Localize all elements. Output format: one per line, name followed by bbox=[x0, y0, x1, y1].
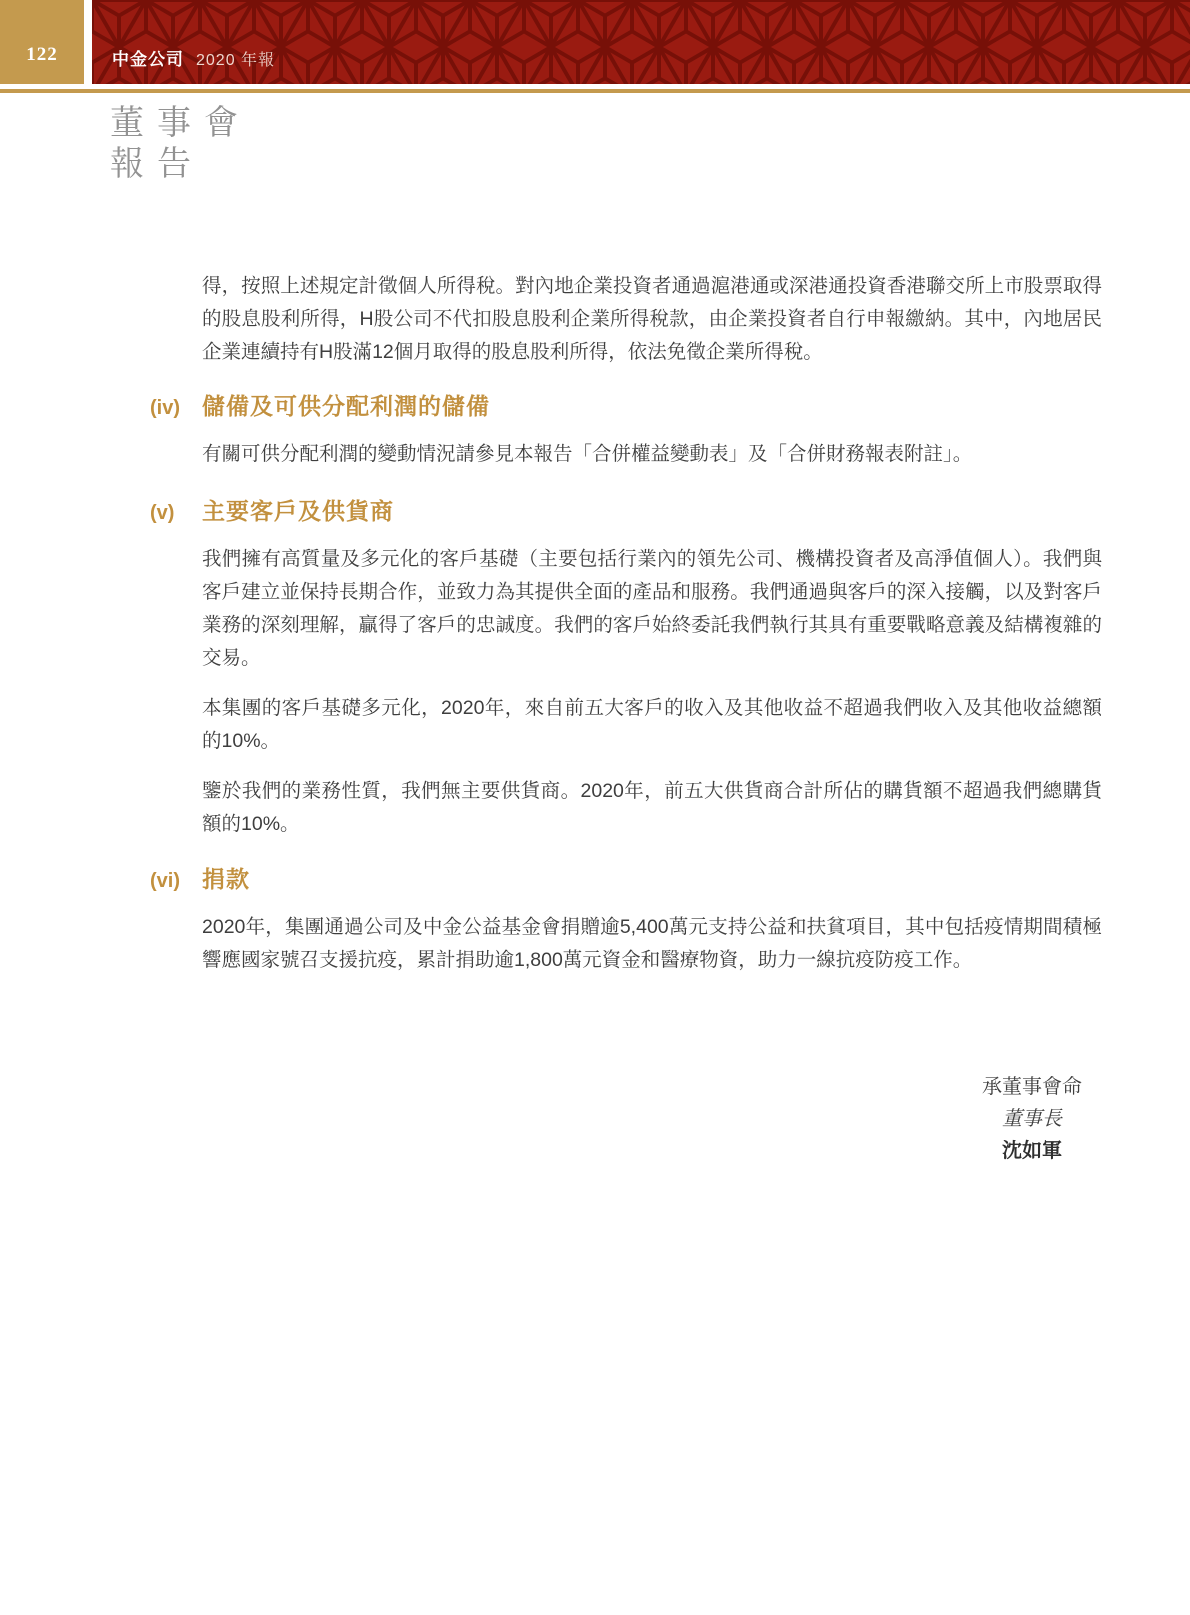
page-number-block: 122 bbox=[0, 0, 84, 84]
signature-block: 承董事會命 董事長 沈如軍 bbox=[962, 1071, 1102, 1167]
intro-paragraph: 得，按照上述規定計徵個人所得稅。對內地企業投資者通過滬港通或深港通投資香港聯交所… bbox=[202, 270, 1102, 369]
annual-report-page: 122 bbox=[0, 0, 1190, 1615]
signature-name: 沈如軍 bbox=[962, 1135, 1102, 1167]
header-caption: 中金公司 2020 年報 bbox=[112, 45, 275, 70]
company-name: 中金公司 bbox=[112, 45, 184, 70]
section-heading-donations: (vi) 捐款 bbox=[202, 864, 1102, 894]
page-header: 122 bbox=[0, 0, 1190, 84]
section-label-vi: (vi) bbox=[150, 866, 180, 896]
section-heading-text: 儲備及可供分配利潤的儲備 bbox=[202, 393, 490, 419]
section-label-v: (v) bbox=[150, 498, 174, 528]
section-heading-customers-suppliers: (v) 主要客戶及供貨商 bbox=[202, 496, 1102, 526]
header-divider bbox=[0, 89, 1190, 93]
report-title: 董事會 報告 bbox=[110, 103, 251, 185]
report-title-line-1: 董事會 bbox=[110, 103, 251, 144]
signature-capacity: 董事長 bbox=[962, 1103, 1102, 1135]
section-heading-reserves: (iv) 儲備及可供分配利潤的儲備 bbox=[202, 391, 1102, 421]
page-number: 122 bbox=[26, 44, 58, 66]
content-column: 得，按照上述規定計徵個人所得稅。對內地企業投資者通過滬港通或深港通投資香港聯交所… bbox=[202, 270, 1102, 1167]
section-label-iv: (iv) bbox=[150, 393, 180, 423]
report-edition: 2020 年報 bbox=[196, 47, 275, 70]
paragraph-customers-1: 我們擁有高質量及多元化的客戶基礎（主要包括行業內的領先公司、機構投資者及高淨值個… bbox=[202, 543, 1102, 675]
paragraph-customers-2: 本集團的客戶基礎多元化，2020年，來自前五大客戶的收入及其他收益不超過我們收入… bbox=[202, 692, 1102, 758]
section-heading-text: 主要客戶及供貨商 bbox=[202, 498, 394, 524]
report-title-line-2: 報告 bbox=[110, 144, 251, 185]
header-pattern-band: 中金公司 2020 年報 bbox=[92, 0, 1190, 84]
paragraph-suppliers: 鑒於我們的業務性質，我們無主要供貨商。2020年，前五大供貨商合計所佔的購貨額不… bbox=[202, 775, 1102, 841]
paragraph-reserves: 有關可供分配利潤的變動情況請參見本報告「合併權益變動表」及「合併財務報表附註」。 bbox=[202, 438, 1102, 471]
signature-by-order: 承董事會命 bbox=[962, 1071, 1102, 1103]
asanoha-pattern-icon bbox=[92, 0, 1190, 84]
section-heading-text: 捐款 bbox=[202, 866, 250, 892]
paragraph-donations: 2020年，集團通過公司及中金公益基金會捐贈逾5,400萬元支持公益和扶貧項目，… bbox=[202, 911, 1102, 977]
